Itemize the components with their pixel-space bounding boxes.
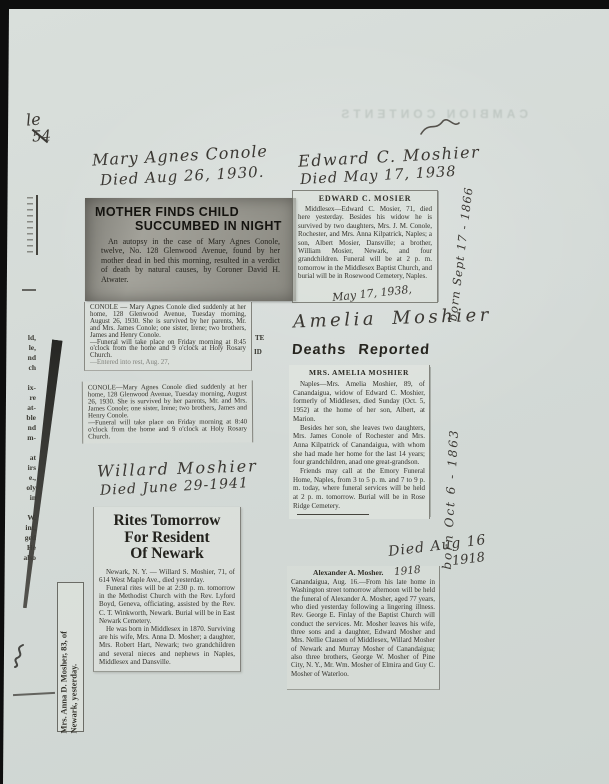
clipping-conole-obit-1: CONOLE — Mary Agnes Conole died suddenly… bbox=[84, 302, 252, 371]
ghost-bleed-text: CAMBION CONTENTS bbox=[268, 107, 528, 121]
amelia-para3: Friends may call at the Emory Funeral Ho… bbox=[293, 467, 425, 511]
headline-rites-line1: Rites Tomorrow bbox=[99, 513, 235, 530]
annotation-alexander-year-inline: 1918 bbox=[394, 564, 422, 578]
margin-tick-specks bbox=[27, 197, 33, 253]
edge-fragment-te: TE bbox=[255, 334, 264, 342]
conole2-para2: —Funeral will take place on Friday morni… bbox=[88, 418, 247, 440]
headline-mother-finds-line2: SUCCUMBED IN NIGHT bbox=[135, 219, 286, 233]
margin-dash-mark bbox=[22, 289, 36, 291]
clipping-rites-tomorrow: Rites Tomorrow For Resident Of Newark Ne… bbox=[93, 507, 241, 672]
headline-rites-line2: For Resident bbox=[99, 530, 235, 547]
clipping-conole-obit-2: CONOLE—Mary Agnes Conole died suddenly a… bbox=[82, 380, 253, 443]
rites-para3: He was born in Middlesex in 1870. Surviv… bbox=[99, 625, 235, 666]
annotation-amelia-name: Amelia Moshier bbox=[293, 305, 492, 333]
margin-tick-line bbox=[36, 195, 38, 255]
amelia-para1: Naples—Mrs. Amelia Moshier, 89, of Canan… bbox=[293, 380, 425, 424]
clipping-edward-mosier: EDWARD C. MOSIER Middlesex—Edward C. Mos… bbox=[292, 190, 438, 303]
rites-para1: Newark, N. Y. — Willard S. Moshier, 71, … bbox=[99, 568, 235, 584]
conole2-para1: CONOLE—Mary Agnes Conole died suddenly a… bbox=[88, 383, 247, 419]
conole1-para1: CONOLE — Mary Agnes Conole died suddenly… bbox=[90, 305, 246, 340]
body-alexander-mosher: Canandaigua, Aug. 16.—From his late home… bbox=[291, 578, 435, 678]
clipping-mother-finds-child: MOTHER FINDS CHILD SUCCUMBED IN NIGHT An… bbox=[85, 198, 296, 301]
side-caption-box: Mrs. Anna D. Mosher, 83, of Newark, yest… bbox=[57, 582, 84, 732]
ink-squiggle-mark bbox=[418, 117, 462, 141]
clipping-alexander-mosher: Alexander A. Mosher. Canandaigua, Aug. 1… bbox=[287, 566, 440, 690]
amelia-para2: Besides her son, she leaves two daughter… bbox=[293, 424, 425, 468]
clipping-amelia-moshier: MRS. AMELIA MOSHIER Naples—Mrs. Amelia M… bbox=[289, 365, 430, 519]
amelia-end-rule bbox=[297, 514, 369, 515]
side-caption-line1: Mrs. Anna D. Mosher, 83, of bbox=[58, 583, 68, 733]
edge-fragment-id: ID bbox=[254, 348, 262, 356]
annotation-alexander-died-line2: 1918 bbox=[451, 550, 486, 569]
scrapbook-page: CAMBION CONTENTS le 54 ld, le, nd ch ix-… bbox=[0, 0, 609, 784]
body-mother-finds: An autopsy in the case of Mary Agnes Con… bbox=[95, 237, 286, 284]
scrapbook-paper: CAMBION CONTENTS le 54 ld, le, nd ch ix-… bbox=[0, 9, 609, 784]
conole1-para3: —Entered into rest, Aug. 27, bbox=[90, 360, 246, 367]
title-amelia-moshier: MRS. AMELIA MOSHIER bbox=[293, 368, 425, 377]
headline-rites-line3: Of Newark bbox=[99, 546, 235, 563]
body-edward-mosier: Middlesex—Edward C. Mosier, 71, died her… bbox=[298, 205, 432, 281]
side-caption-line2: Newark, yesterday. bbox=[68, 583, 78, 733]
rites-para2: Funeral rites will be at 2:30 p. m. tomo… bbox=[99, 584, 235, 625]
ink-smudge-mark bbox=[10, 643, 28, 669]
annotation-amelia-born-note: born Oct 6 - 1863 bbox=[438, 396, 463, 601]
title-edward-mosier: EDWARD C. MOSIER bbox=[298, 194, 432, 203]
conole1-para2: —Funeral will take place on Friday morni… bbox=[90, 340, 246, 361]
headline-mother-finds-line1: MOTHER FINDS CHILD bbox=[95, 205, 286, 219]
headline-deaths-reported: Deaths Reported bbox=[291, 342, 430, 358]
margin-dash-mark-2 bbox=[13, 692, 55, 696]
